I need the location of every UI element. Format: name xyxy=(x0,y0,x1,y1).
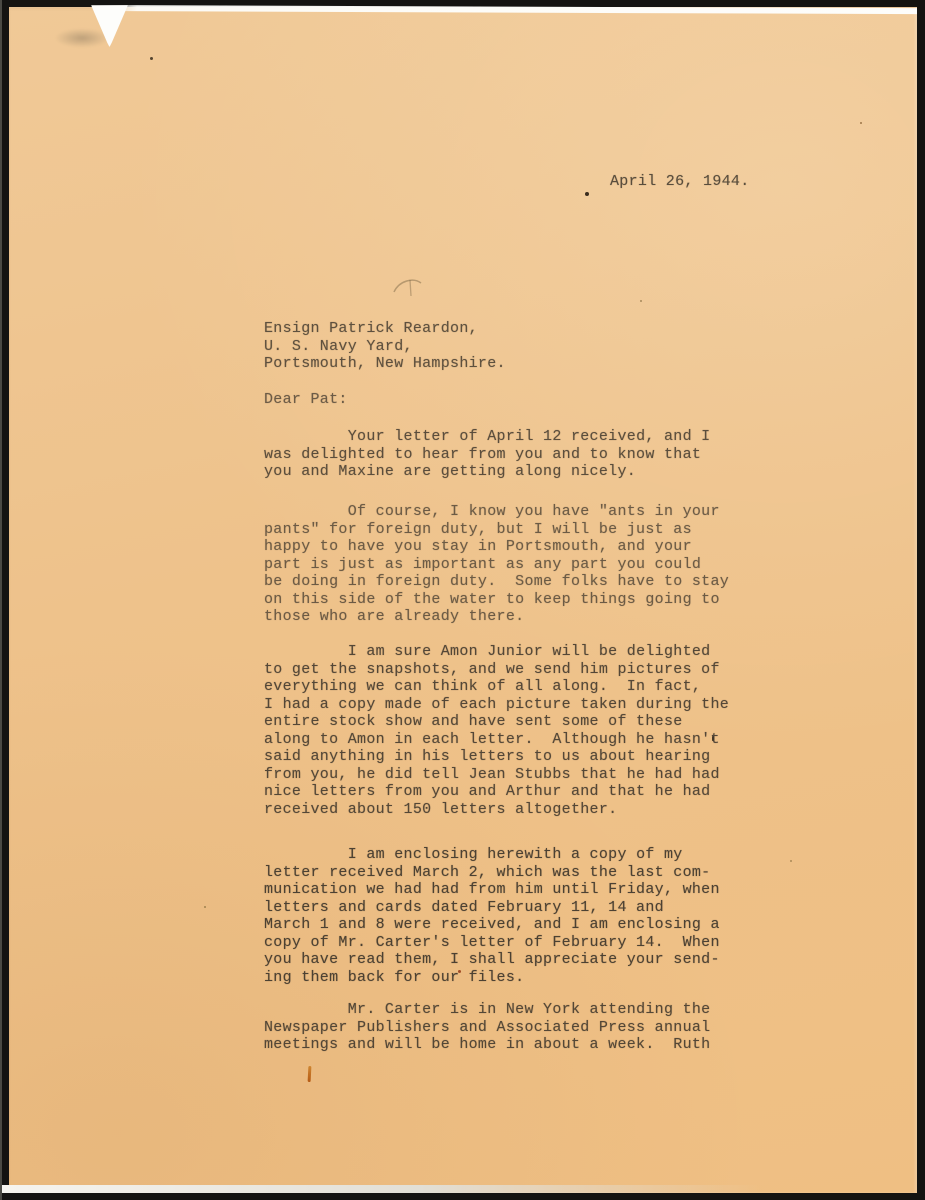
scanned-letter-page: April 26, 1944. Ensign Patrick Reardon, … xyxy=(0,0,925,1200)
paper-speck xyxy=(860,122,862,124)
salutation: Dear Pat: xyxy=(264,391,764,409)
paper-speck xyxy=(585,192,589,196)
letter-paragraph: Of course, I know you have "ants in your… xyxy=(264,503,764,626)
letter-paragraph: Your letter of April 12 received, and I … xyxy=(264,428,764,481)
paper-speck xyxy=(790,860,792,862)
pencil-squiggle xyxy=(390,272,426,302)
scan-background-sliver-bottom xyxy=(2,1185,762,1193)
paper-speck xyxy=(640,300,642,302)
letter-paragraph: Mr. Carter is in New York attending the … xyxy=(264,1001,764,1054)
recipient-address: Ensign Patrick Reardon, U. S. Navy Yard,… xyxy=(264,320,764,373)
paper-speck xyxy=(204,906,206,908)
paper-speck xyxy=(150,57,153,60)
letter-date: April 26, 1944. xyxy=(610,173,810,191)
letter-paragraph: I am sure Amon Junior will be delighted … xyxy=(264,643,764,818)
letter-paragraph: I am enclosing herewith a copy of my let… xyxy=(264,846,764,986)
